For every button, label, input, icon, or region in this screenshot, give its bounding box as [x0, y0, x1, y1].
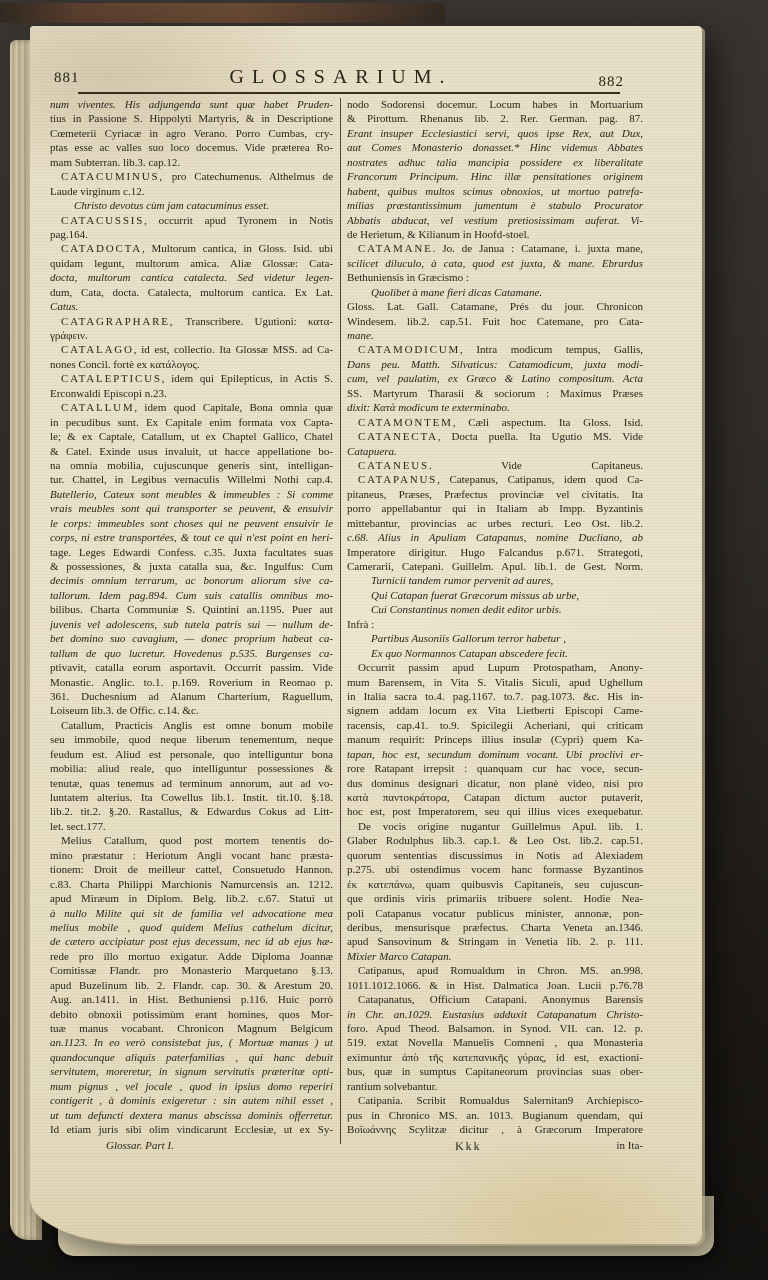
text-line: Mixier Marco Catapan. — [347, 950, 643, 964]
text-line: ἐκ κατεπάνω, quam quibusvis Capitaneis, … — [347, 878, 643, 892]
entry-headword: CATADOCTA — [61, 243, 142, 255]
text-line: tallum de quo lucretur. Hovedenus p.535.… — [50, 647, 333, 661]
text-line: mane. — [347, 329, 643, 343]
text-line: Camerarii, Catepani. Guillelm. Apul. lib… — [347, 560, 643, 574]
text-line: c.83. Charta Philippi Marchionis Namurce… — [50, 878, 333, 892]
text-line: signem addam locum ex Vita Lietberti Epi… — [347, 704, 643, 718]
text-line: decimis omnium terrarum, ac bonorum alio… — [50, 574, 333, 588]
text-line: na omnia mobilia, cujuscunque generis si… — [50, 459, 333, 473]
entry-headword: CATANEUS — [358, 460, 429, 472]
text-line: Turnicii tandem rumor pervenit ad aures, — [347, 574, 643, 588]
text-line: CATALLUM, idem quod Capitale, Bona omnia… — [50, 401, 333, 415]
text-column-left: num viventes. His adjungenda sunt quæ ha… — [50, 98, 333, 1138]
text-line: Monastic. Anglic. to.1. p.169. Roverium … — [50, 676, 333, 690]
text-line: Βοϊωάννης Scylitzæ dicitur , à Græcorum … — [347, 1123, 643, 1137]
text-line: tenutæ, quas tenemus ad terminum annorum… — [50, 777, 333, 791]
text-line: habent, quibus multos scimus obnoxios, u… — [347, 185, 643, 199]
text-line: Catipanus, apud Romualdum in Chron. MS. … — [347, 964, 643, 978]
text-line: Aug. an.1411. in Hist. Bethuniensi p.116… — [50, 993, 333, 1007]
text-line: cum, vel paulatim, ex Græco & Latino com… — [347, 372, 643, 386]
text-line: lib.2. tit.2. §.20. Rastallus, & Edwardu… — [50, 805, 333, 819]
text-line: Catapanatus, Officium Catapani. Anonymus… — [347, 993, 643, 1007]
text-line: tallorum. Idem pag.894. Cum suis catalli… — [50, 589, 333, 603]
text-line: manum requirit: Princeps illius insulæ (… — [347, 733, 643, 747]
text-line: Erconwaldi Episcopi n.23. — [50, 387, 333, 401]
text-line: 361. Duchesnium ad Alanum Charterium, Ra… — [50, 690, 333, 704]
text-line: CATAMONTEM, Cæli aspectum. Ita Gloss. Is… — [347, 416, 643, 430]
text-line: foro. Apud Theod. Balsamon. in Synod. VI… — [347, 1022, 643, 1036]
text-line: CATACUSSIS, occurrit apud Tyronem in Not… — [50, 214, 333, 228]
text-line: pitaneus, Præses, Præfectus provinciæ ve… — [347, 488, 643, 502]
text-line: in pecudibus sunt. Ex Capitale enim form… — [50, 416, 333, 430]
catchword: in Ita- — [347, 1140, 643, 1152]
text-line: Qui Catapan fuerat Græcorum missus ab ur… — [347, 589, 643, 603]
text-line: quorum sententias discussimus in Notis a… — [347, 849, 643, 863]
text-line: ptivavit, catalla eorum asportavit. Occu… — [50, 661, 333, 675]
text-line: rantium solvebantur. — [347, 1080, 643, 1094]
text-line: c.68. Alius in Apuliam Catapanus, nomine… — [347, 531, 643, 545]
text-line: CATANECTA, Docta puella. Ita Ugutio MS. … — [347, 430, 643, 444]
text-line: de cætero accipiatur post ejus decessum,… — [50, 935, 333, 949]
text-line: dum, Cata, docta. Catalecta, multorum ca… — [50, 286, 333, 300]
entry-headword: CATANECTA — [358, 431, 438, 443]
text-line: Ex quo Normannos Catapan abscedere fecit… — [347, 647, 643, 661]
text-line: let. sect.177. — [50, 820, 333, 834]
text-line: debito obnoxii potissimùm erant homines,… — [50, 1008, 333, 1022]
entry-headword: CATAMONTEM — [358, 417, 453, 429]
text-line: vrais meubles sont qui transporter se pe… — [50, 502, 333, 516]
signature-title: Glossar. Part I. — [106, 1140, 174, 1152]
text-line: Glaber Rodulphus lib.3. cap.1. & Leo Ost… — [347, 834, 643, 848]
text-line: tius in Passione S. Hippolyti Martyris, … — [50, 112, 333, 126]
running-title: GLOSSARIUM. — [50, 66, 632, 89]
text-line: Catallum, Practicis Anglis est omne bonu… — [50, 719, 333, 733]
text-line: Cœmeterii Cyriacæ in agro Verano. Porro … — [50, 127, 333, 141]
entry-headword: CATALLUM — [61, 402, 134, 414]
text-line: melius mobile , quod quidem Melius cathe… — [50, 921, 333, 935]
column-divider-rule — [340, 98, 341, 1144]
text-line: 1011.1012.1066. & in Hist. Dalmatica Joa… — [347, 979, 643, 993]
text-line: apud Sansovinum & Stringam in Venetia li… — [347, 935, 643, 949]
text-line: servitutem, moreretur, in signum servitu… — [50, 1065, 333, 1079]
text-line: le; & ex Captale, Catallum, ut ex Chapte… — [50, 430, 333, 444]
text-line: CATAPANUS, Catepanus, Catipanus, idem qu… — [347, 473, 643, 487]
text-line: 519. extat Novella Manuelis Comneni , qu… — [347, 1036, 643, 1050]
text-line: tionem: Droit de meilleur cattel, Consue… — [50, 863, 333, 877]
text-line: le corps: immeubles sont choses qui ne p… — [50, 517, 333, 531]
text-line: Francorum Principum. Hinc illæ pensitati… — [347, 170, 643, 184]
text-line: Windesem. lib.2. cap.51. Fuit hoc Catema… — [347, 315, 643, 329]
text-line: tapan, hoc est, secundum dominum vocant.… — [347, 748, 643, 762]
text-line: tur. Chattel, in Legibus vernaculis Will… — [50, 473, 333, 487]
text-line: CATAMANE. Jo. de Janua : Catamane, i. ju… — [347, 242, 643, 256]
text-line: CATADOCTA, Multorum cantica, in Gloss. I… — [50, 242, 333, 256]
text-line: Id etiam juris sibi olim vindicarunt Ecc… — [50, 1123, 333, 1137]
text-line: num viventes. His adjungenda sunt quæ ha… — [50, 98, 333, 112]
text-line: docta, multorum cantica catalecta. Sed v… — [50, 271, 333, 285]
text-line: Christo devotus cùm jam catacuminus esse… — [50, 199, 333, 213]
text-line: rore Ratapant irrepsit : quanquam cur ha… — [347, 762, 643, 776]
text-line: pus in Chronico MS. an. 1013. Bugianum q… — [347, 1109, 643, 1123]
text-line: milias præstantissimum jumentum è stabul… — [347, 199, 643, 213]
entry-headword: CATAGRAPHARE, — [61, 316, 174, 328]
text-line: nones Concil. fortè ex κατάλογος. — [50, 358, 333, 372]
text-line: bet domino suo cavagium, — donec propriu… — [50, 632, 333, 646]
scanned-book-photo: 881 GLOSSARIUM. 882 num viventes. His ad… — [0, 0, 768, 1280]
text-line: Imperatore dirigitur. Hugo Falcandus p.6… — [347, 546, 643, 560]
text-line: corps, ni estre transportées, & tout ce … — [50, 531, 333, 545]
text-line: eximuntur ἀπὸ τῆς κατεπανικῆς γύρας, id … — [347, 1051, 643, 1065]
text-line: γράφειν. — [50, 329, 333, 343]
book-top-edge — [0, 3, 445, 23]
text-line: feudum est. Aliud est personale, quo int… — [50, 748, 333, 762]
text-line: Loiseum lib.3. de Offic. c.14. &c. — [50, 704, 333, 718]
text-line: an.1123. In eo verò consistebat jus, ( M… — [50, 1036, 333, 1050]
text-line: in Chr. an.1029. Eustasius adduxit Catap… — [347, 1008, 643, 1022]
text-line: Laude virginum c.12. — [50, 185, 333, 199]
text-line: in Italia sacra to.4. pag.1167. to.7. pa… — [347, 690, 643, 704]
text-line: juvenis vel adolescens, sub tutela patri… — [50, 618, 333, 632]
text-line: à nullo Milite qui sit de familia vel ad… — [50, 907, 333, 921]
text-line: CATAMODICUM, Intra modicum tempus, Galli… — [347, 343, 643, 357]
text-line: mobilia: aliud reale, quo intelliguntur … — [50, 762, 333, 776]
text-line: bilibus. Charta Communiæ S. Quintini an.… — [50, 603, 333, 617]
text-line: CATALAGO, id est, collectio. Ita Glossæ … — [50, 343, 333, 357]
text-line: bus, quæ in sumptus Capitaneorum provinc… — [347, 1065, 643, 1079]
entry-headword: CATALAGO — [61, 344, 134, 356]
text-line: Quolibet à mane fieri dicas Catamane. — [347, 286, 643, 300]
text-line: Bethuniensis in Græcismo : — [347, 271, 643, 285]
entry-headword: CATAMANE — [358, 243, 433, 255]
book-page: 881 GLOSSARIUM. 882 num viventes. His ad… — [30, 26, 702, 1244]
text-line: & Pirottum. Rhenanus lib. 2. Rer. German… — [347, 112, 643, 126]
entry-headword: CATACUMINUS, — [61, 171, 164, 183]
text-line: CATALEPTICUS, idem qui Epilepticus, in A… — [50, 372, 333, 386]
text-line: tuæ manus vocabant. Chronicon Magnum Bel… — [50, 1022, 333, 1036]
text-line: Infrà : — [347, 618, 643, 632]
header-rule — [78, 92, 620, 94]
text-line: mino præstatur : Heriotum Angli vocant h… — [50, 849, 333, 863]
text-line: racensis, cap.41. to.9. Spicilegii Acher… — [347, 719, 643, 733]
text-line: luntatem alterius. Ita Cowellus lib.1. I… — [50, 791, 333, 805]
text-line: Abbatis abducat, vel vestium pretiosissi… — [347, 214, 643, 228]
text-line: & Catel. Exinde usus invaluit, ut hacce … — [50, 445, 333, 459]
text-line: Butellerio, Cateux sont meubles & immeub… — [50, 488, 333, 502]
text-line: scilicet diluculo, à cata, quod est juxt… — [347, 257, 643, 271]
entry-headword: CATAMODICUM — [358, 344, 460, 356]
text-line: rede pro illo mortuo exigatur. Adde Dipl… — [50, 950, 333, 964]
text-line: deribus, mensurisque præfectus. Charta V… — [347, 921, 643, 935]
entry-headword: CATALEPTICUS — [61, 373, 162, 385]
text-line: dixit: Κατὰ modicum te exterminabo. — [347, 401, 643, 415]
text-line: porro appellabantur qui in Italiam ab Im… — [347, 502, 643, 516]
text-line: Occurrit passim apud Lupum Protospatham,… — [347, 661, 643, 675]
text-line: quidam legunt, multorum amica. Aliæ Glos… — [50, 257, 333, 271]
text-line: Melius Catallum, quod post mortem tenent… — [50, 834, 333, 848]
text-line: mum pignus , vel jocale , quod in ipsius… — [50, 1080, 333, 1094]
text-line: Catapuera. — [347, 445, 643, 459]
text-line: que ordinis viris primariis tribuere sol… — [347, 892, 643, 906]
text-column-right: nodo Sodorensi docemur. Locum habes in M… — [347, 98, 643, 1138]
text-line: Catus. — [50, 300, 333, 314]
text-line: Erant insuper Ecclesiastici servi, quos … — [347, 127, 643, 141]
text-line: apud Buzelinum lib. 2. Flandr. cap. 30. … — [50, 979, 333, 993]
text-line: hoc est, post Imperatorem, seu qui illiu… — [347, 805, 643, 819]
text-line: κατὰ παντοκράτορα, Catapan dictum auctor… — [347, 791, 643, 805]
text-line: CATANEUS. Vide Capitaneus. — [347, 459, 643, 473]
text-line: ut tum defuncti dextera manus abscissa d… — [50, 1109, 333, 1123]
text-line: Dans peu. Matth. Silvaticus: Catamodicum… — [347, 358, 643, 372]
entry-headword: CATAPANUS — [358, 474, 437, 486]
text-line: aut Comes Monasterio donasset.* Hinc vid… — [347, 141, 643, 155]
text-line: ptas esse ac valles suo loco docemus. Vi… — [50, 141, 333, 155]
text-line: pag.164. — [50, 228, 333, 242]
text-line: tage. Leges Edwardi Confess. c.35. Juxta… — [50, 546, 333, 560]
text-line: nodo Sodorensi docemur. Locum habes in M… — [347, 98, 643, 112]
text-line: apud Miræum in Diplom. Belg. lib.2. c.67… — [50, 892, 333, 906]
text-line: p.275. ubi ostendimus vocem hanc formass… — [347, 863, 643, 877]
text-line: poli Catapanus vocatur publicus minister… — [347, 907, 643, 921]
text-line: de Herietum, & Kilianum in Hoofd-stoel. — [347, 228, 643, 242]
entry-headword: CATACUSSIS — [61, 215, 144, 227]
text-line: quandocunque aliquis paterfamilias , qui… — [50, 1051, 333, 1065]
text-line: & possessiones, & juxta catalla sua, &c.… — [50, 560, 333, 574]
text-line: contigerit , à dominis exigeretur : sin … — [50, 1094, 333, 1108]
text-line: mam Subterran. lib.3. cap.12. — [50, 156, 333, 170]
text-line: CATAGRAPHARE, Transcribere. Ugutioni: κα… — [50, 315, 333, 329]
text-line: CATACUMINUS, pro Catechumenus. Althelmus… — [50, 170, 333, 184]
text-line: seu immobile, quod neque liberum tenemen… — [50, 733, 333, 747]
text-line: Catipania. Scribit Romualdus Salernitan9… — [347, 1094, 643, 1108]
text-line: mum Barensem, in Vita S. Vitalis Siculi,… — [347, 676, 643, 690]
text-line: nostrates adhuc talia mancipia possidere… — [347, 156, 643, 170]
text-line: Gloss. Lat. Gall. Catamane, Prés du jour… — [347, 300, 643, 314]
text-line: mittebantur, provincias ac urbes recturi… — [347, 517, 643, 531]
text-line: Comitissæ Flandr. pro Monasterio Marquet… — [50, 964, 333, 978]
text-line: Cui Constantinus nomen dedit editor urbi… — [347, 603, 643, 617]
text-line: Partibus Ausoniis Gallorum terror habetu… — [347, 632, 643, 646]
folio-number-right: 882 — [599, 74, 625, 91]
text-line: SS. Martyrum Tharasii & sociorum : Maxim… — [347, 387, 643, 401]
text-line: dus dominus designari dicatur, non planè… — [347, 777, 643, 791]
text-line: De vocis origine nugantur Guillelmus Apu… — [347, 820, 643, 834]
